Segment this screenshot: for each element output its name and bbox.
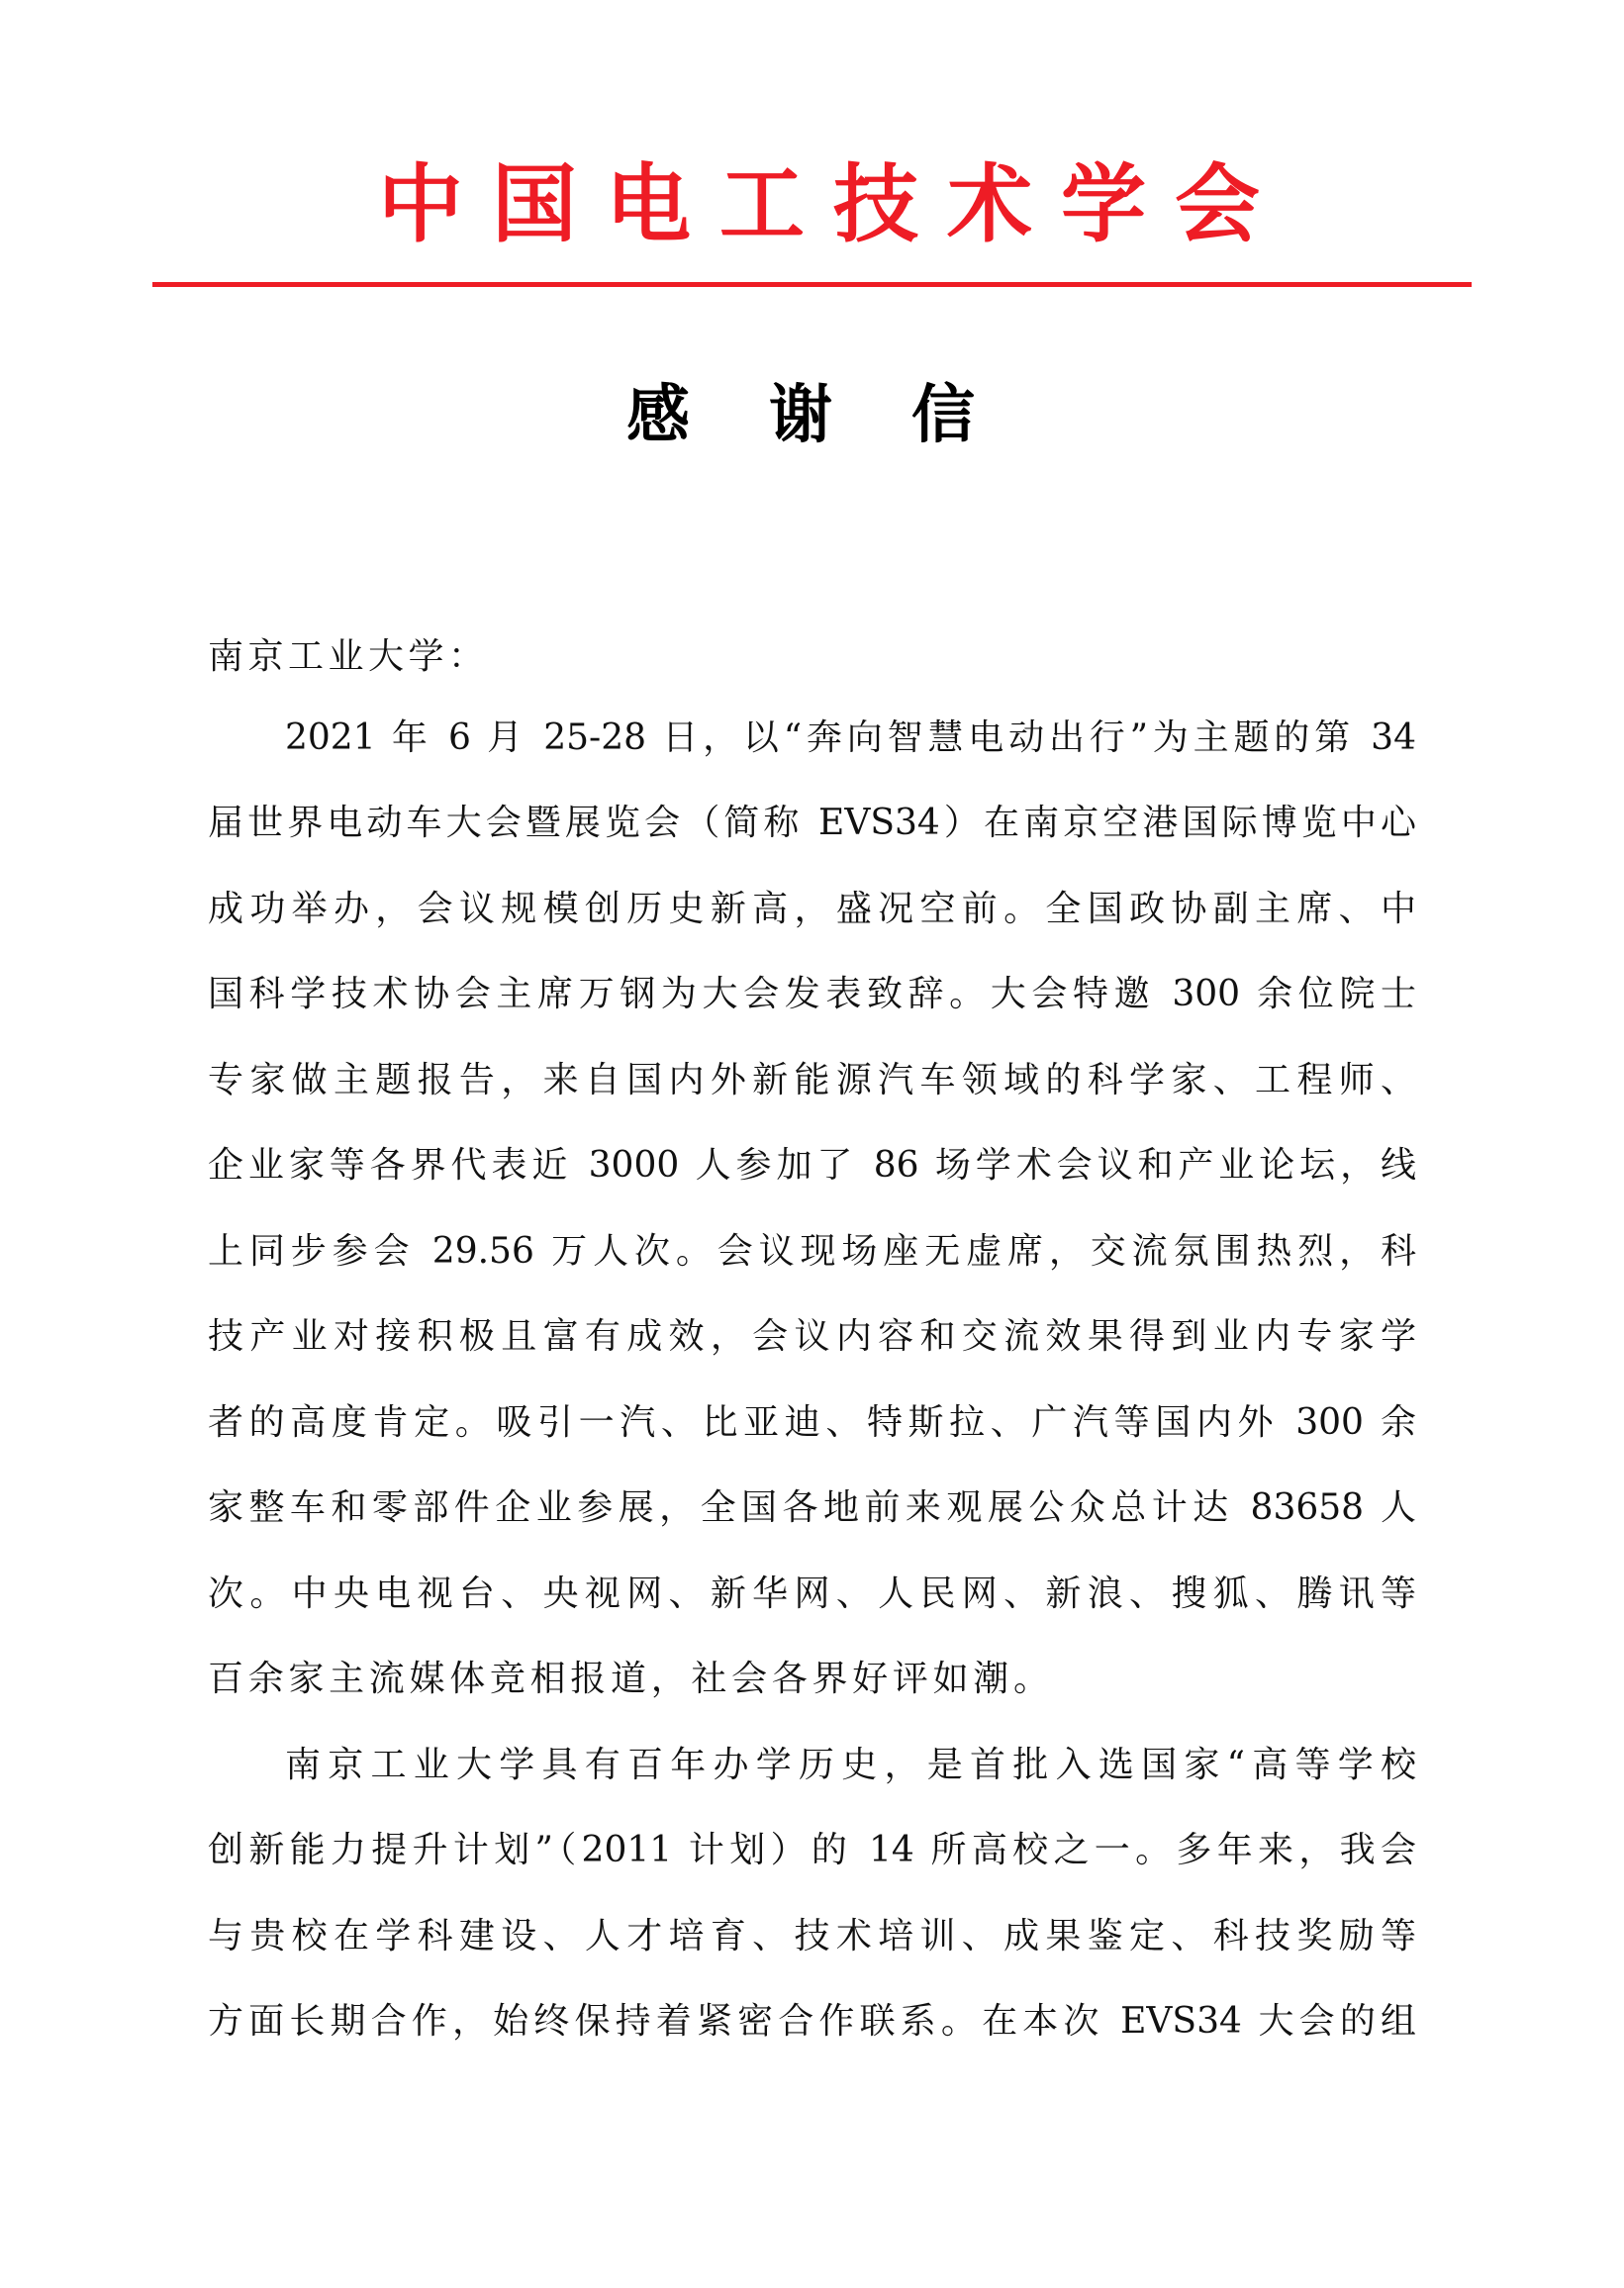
paragraph-line: 国科学技术协会主席万钢为大会发表致辞。大会特邀 300 余位院士 <box>208 973 1416 1016</box>
paragraph-line: 成功举办，会议规模创历史新高，盛况空前。全国政协副主席、中 <box>208 888 1416 931</box>
paragraph-line: 家整车和零部件企业参展，全国各地前来观展公众总计达 83658 人 <box>208 1486 1416 1530</box>
salutation: 南京工业大学： <box>208 635 489 679</box>
letterhead-organization-name: 中国电工技术学会 <box>378 150 1269 259</box>
paragraph-line: 南京工业大学具有百年办学历史，是首批入选国家“高等学校 <box>285 1744 1416 1787</box>
paragraph-line: 创新能力提升计划”（2011 计划）的 14 所高校之一。多年来，我会 <box>208 1829 1416 1872</box>
paragraph-line: 百余家主流媒体竞相报道，社会各界好评如潮。 <box>208 1658 1416 1701</box>
paragraph-line: 2021 年 6 月 25-28 日，以“奔向智慧电动出行”为主题的第 34 <box>285 716 1416 760</box>
paragraph-line: 者的高度肯定。吸引一汽、比亚迪、特斯拉、广汽等国内外 300 余 <box>208 1401 1416 1445</box>
letterhead-red-rule <box>152 282 1472 287</box>
letter-page: 中国电工技术学会 感谢信 南京工业大学： 2021 年 6 月 25-28 日，… <box>0 0 1624 2288</box>
paragraph-line: 方面长期合作，始终保持着紧密合作联系。在本次 EVS34 大会的组 <box>208 2000 1416 2044</box>
paragraph-line: 企业家等各界代表近 3000 人参加了 86 场学术会议和产业论坛，线 <box>208 1144 1416 1188</box>
paragraph-line: 届世界电动车大会暨展览会（简称 EVS34）在南京空港国际博览中心 <box>208 802 1416 845</box>
paragraph-line: 与贵校在学科建设、人才培育、技术培训、成果鉴定、科技奖励等 <box>208 1915 1416 1958</box>
document-title: 感谢信 <box>626 374 1042 457</box>
paragraph-line: 专家做主题报告，来自国内外新能源汽车领域的科学家、工程师、 <box>208 1059 1416 1102</box>
paragraph-line: 技产业对接积极且富有成效，会议内容和交流效果得到业内专家学 <box>208 1315 1416 1359</box>
paragraph-line: 次。中央电视台、央视网、新华网、人民网、新浪、搜狐、腾讯等 <box>208 1573 1416 1616</box>
paragraph-line: 上同步参会 29.56 万人次。会议现场座无虚席，交流氛围热烈，科 <box>208 1230 1416 1274</box>
